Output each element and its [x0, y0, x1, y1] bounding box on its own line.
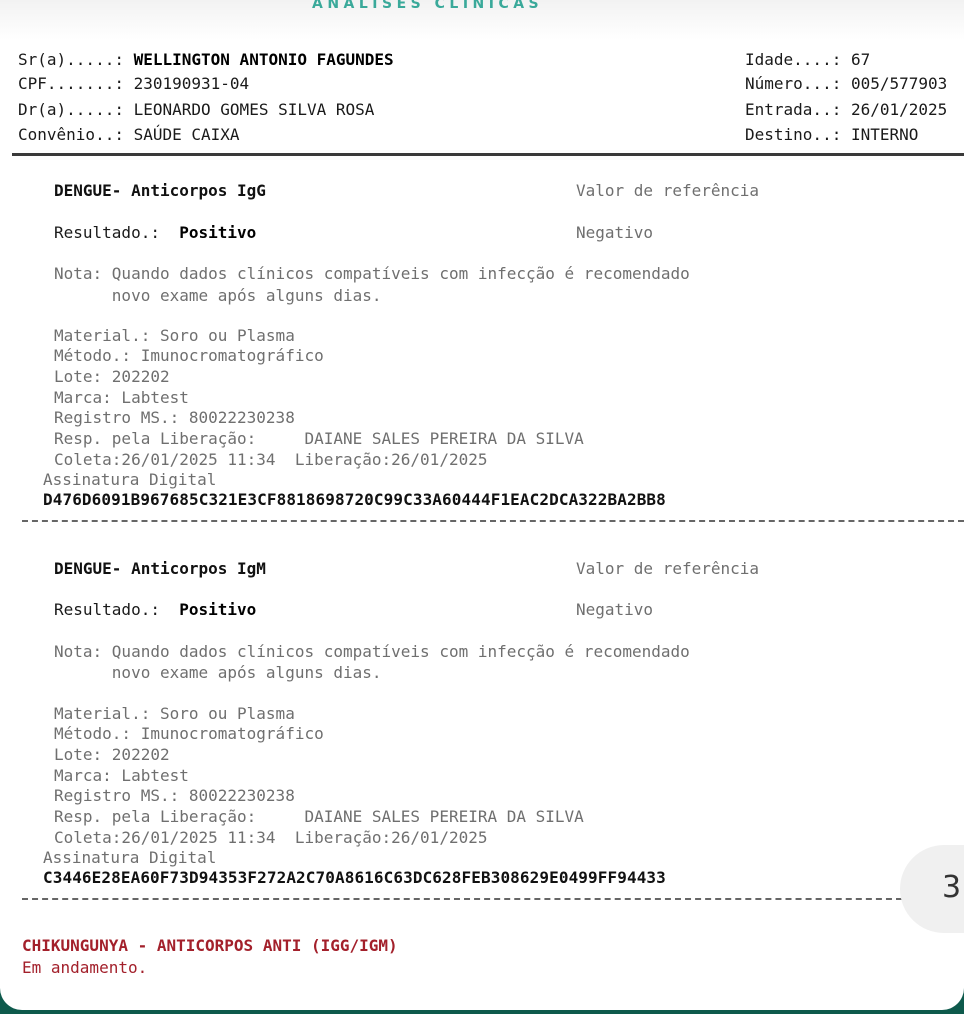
note-line-2: novo exame após alguns dias. — [54, 663, 382, 683]
brand-name: Marca: Labtest — [54, 388, 189, 408]
reference-header: Valor de referência — [576, 559, 759, 579]
result-value: Positivo — [179, 223, 256, 242]
ms-registry: Registro MS.: 80022230238 — [54, 786, 295, 806]
page-indicator: 3 — [942, 870, 961, 905]
section-divider — [22, 898, 902, 900]
note-line-2: novo exame após alguns dias. — [54, 286, 382, 306]
exam-title: DENGUE- Anticorpos IgG — [54, 181, 266, 201]
reference-header: Valor de referência — [576, 181, 759, 201]
patient-doctor-row: Dr(a).....: LEONARDO GOMES SILVA ROSA — [18, 100, 374, 120]
patient-age-row: Idade....: 67 — [745, 50, 870, 70]
patient-number-row: Número...: 005/577903 — [745, 74, 947, 94]
method: Método.: Imunocromatográfico — [54, 346, 324, 366]
digital-signature-hash: C3446E28EA60F73D94353F272A2C70A8616C63DC… — [43, 868, 666, 888]
release-responsible: Resp. pela Liberação: DAIANE SALES PEREI… — [54, 807, 584, 827]
section-divider — [22, 520, 964, 522]
report-page: ANÁLISES CLÍNICAS Sr(a).....: WELLINGTON… — [0, 0, 964, 1010]
pending-exam-title: CHIKUNGUNYA - ANTICORPOS ANTI (IGG/IGM) — [22, 936, 398, 956]
lot: Lote: 202202 — [54, 367, 170, 387]
result-row: Resultado.: Positivo — [54, 600, 256, 620]
lab-brand: ANÁLISES CLÍNICAS — [312, 0, 543, 12]
result-row: Resultado.: Positivo — [54, 223, 256, 243]
result-value: Positivo — [179, 600, 256, 619]
digital-signature-label: Assinatura Digital — [43, 470, 216, 490]
reference-value: Negativo — [576, 223, 653, 243]
collection-release-dates: Coleta:26/01/2025 11:34 Liberação:26/01/… — [54, 450, 487, 470]
reference-value: Negativo — [576, 600, 653, 620]
collection-release-dates: Coleta:26/01/2025 11:34 Liberação:26/01/… — [54, 828, 487, 848]
pending-exam-status: Em andamento. — [22, 958, 147, 978]
patient-entry-row: Entrada..: 26/01/2025 — [745, 100, 947, 120]
lot: Lote: 202202 — [54, 745, 170, 765]
exam-title: DENGUE- Anticorpos IgM — [54, 559, 266, 579]
patient-destination-row: Destino..: INTERNO — [745, 125, 918, 145]
patient-insurance-row: Convênio..: SAÚDE CAIXA — [18, 125, 240, 145]
header-divider — [12, 153, 964, 156]
material: Material.: Soro ou Plasma — [54, 326, 295, 346]
digital-signature-hash: D476D6091B967685C321E3CF8818698720C99C33… — [43, 490, 666, 510]
method: Método.: Imunocromatográfico — [54, 724, 324, 744]
material: Material.: Soro ou Plasma — [54, 704, 295, 724]
release-responsible: Resp. pela Liberação: DAIANE SALES PEREI… — [54, 429, 584, 449]
patient-cpf-row: CPF.......: 230190931-04 — [18, 74, 249, 94]
brand-name: Marca: Labtest — [54, 766, 189, 786]
note-line-1: Nota: Quando dados clínicos compatíveis … — [54, 642, 690, 662]
ms-registry: Registro MS.: 80022230238 — [54, 408, 295, 428]
note-line-1: Nota: Quando dados clínicos compatíveis … — [54, 264, 690, 284]
patient-name-row: Sr(a).....: WELLINGTON ANTONIO FAGUNDES — [18, 50, 394, 70]
digital-signature-label: Assinatura Digital — [43, 848, 216, 868]
